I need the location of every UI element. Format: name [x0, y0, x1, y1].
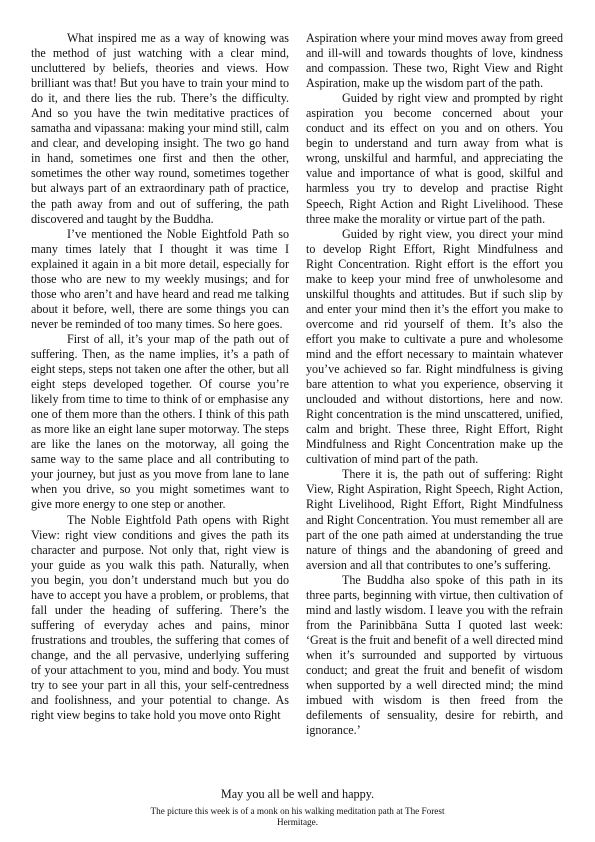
paragraph: The Noble Eightfold Path opens with Righ…	[31, 513, 289, 724]
left-column: What inspired me as a way of knowing was…	[31, 31, 289, 723]
paragraph: There it is, the path out of suffering: …	[306, 467, 563, 572]
paragraph: Guided by right view, you direct your mi…	[306, 227, 563, 468]
paragraph-continued: Aspiration where your mind moves away fr…	[306, 31, 563, 91]
paragraph: I’ve mentioned the Noble Eightfold Path …	[31, 227, 289, 332]
picture-caption: The picture this week is of a monk on hi…	[150, 806, 445, 828]
right-column: Aspiration where your mind moves away fr…	[306, 31, 563, 738]
paragraph: First of all, it’s your map of the path …	[31, 332, 289, 513]
paragraph: Guided by right view and prompted by rig…	[306, 91, 563, 226]
paragraph: What inspired me as a way of knowing was…	[31, 31, 289, 227]
paragraph: The Buddha also spoke of this path in it…	[306, 573, 563, 739]
closing-line: May you all be well and happy.	[0, 787, 595, 802]
